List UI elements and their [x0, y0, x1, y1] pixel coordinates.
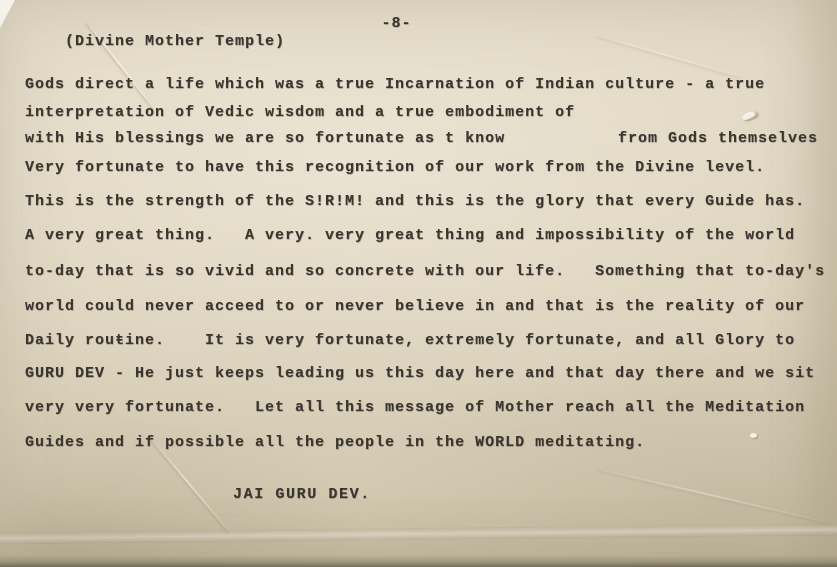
paper-crease-band — [0, 524, 837, 545]
paper-tear-artifact — [741, 109, 758, 121]
paper-crease — [598, 468, 832, 524]
paper-speck-artifact — [750, 433, 757, 438]
paper-crease — [150, 438, 230, 533]
body-line-10: GURU DEV - He just keeps leading us this… — [25, 365, 815, 383]
body-line-3-left: with His blessings we are so fortunate a… — [25, 130, 505, 148]
page-number: -8- — [25, 15, 768, 33]
body-line-3-right: from Gods themselves — [618, 130, 818, 148]
body-line-2: interpretation of Vedic wisdom and a tru… — [25, 104, 575, 122]
scanned-typewritten-page: (Divine Mother Temple) -8- Gods direct a… — [0, 0, 837, 567]
body-line-1: Gods direct a life which was a true Inca… — [25, 76, 765, 94]
body-line-7: to-day that is so vivid and so concrete … — [25, 263, 825, 281]
body-line-4: Very fortunate to have this recognition … — [25, 159, 765, 177]
body-line-8: world could never acceed to or never bel… — [25, 298, 805, 316]
body-line-11: very very fortunate. Let all this messag… — [25, 399, 805, 417]
body-line-6: A very great thing. A very. very great t… — [25, 227, 795, 245]
document-title: (Divine Mother Temple) — [65, 33, 285, 50]
body-line-12: Guides and if possible all the people in… — [25, 434, 645, 452]
body-line-5: This is the strength of the S!R!M! and t… — [25, 193, 805, 211]
body-line-9: Daily rouŧine. It is very fortunate, ext… — [25, 332, 795, 350]
closing-salutation: JAI GURU DEV. — [233, 486, 371, 504]
paper-bottom-edge-shadow — [0, 555, 837, 567]
body-line-3: with His blessings we are so fortunate a… — [25, 130, 818, 148]
torn-corner-artifact — [0, 0, 15, 28]
